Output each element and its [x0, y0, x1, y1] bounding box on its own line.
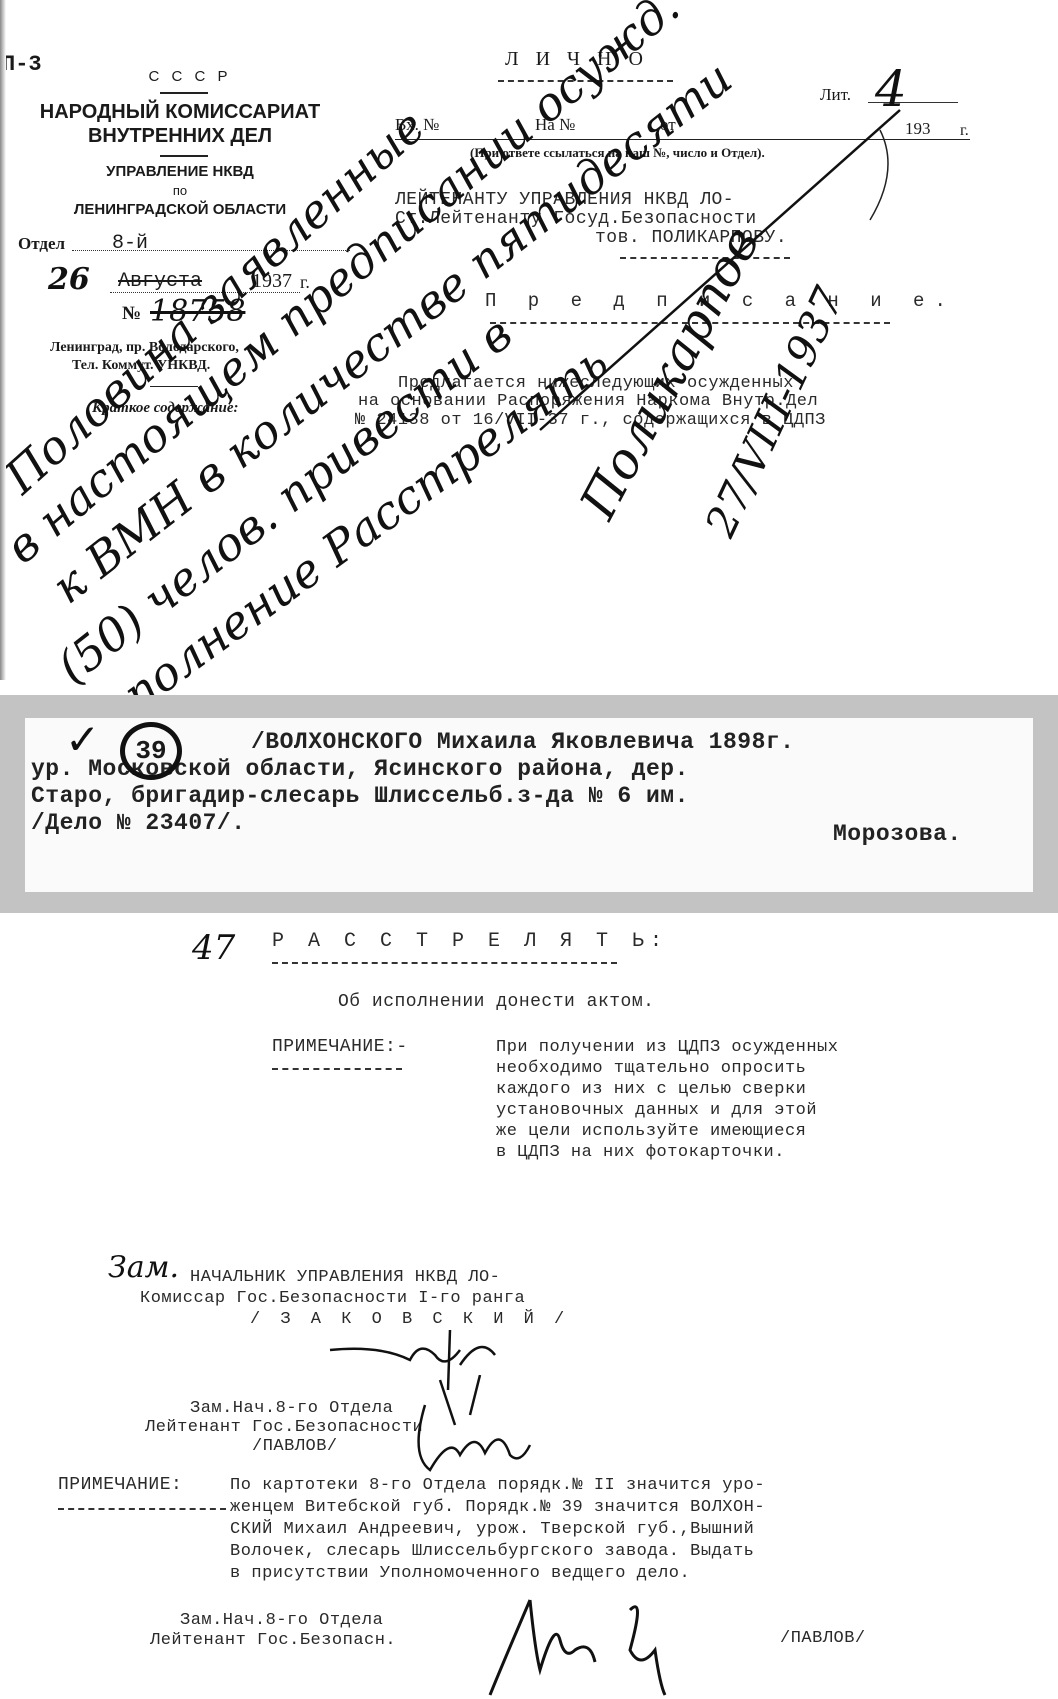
scan-edge	[0, 0, 6, 680]
note-2-line-2: женцем Витебской губ. Порядк.№ 39 значит…	[230, 1497, 765, 1518]
address-line-1: Ленинград, пр. Володарского,	[50, 340, 239, 356]
deputy-1-signature	[380, 1375, 560, 1485]
date-line	[110, 276, 300, 293]
divider	[150, 386, 198, 387]
note-1-label: ПРИМЕЧАНИЕ:-	[272, 1037, 408, 1057]
department-value: 8-й	[112, 232, 148, 255]
divider	[272, 1068, 402, 1070]
incoming-label: Вх. №	[395, 115, 439, 135]
record-line-1-rest: /ВОЛХОНСКОГО Михаила Яковлевича 1898г.	[251, 728, 795, 756]
department-label: Отдел	[18, 234, 65, 254]
order-title: П р е д п и с а н и е.	[485, 290, 956, 312]
from-label: от	[660, 115, 676, 135]
letterhead-ministry-2: ВНУТРЕННИХ ДЕЛ	[10, 124, 350, 149]
order-body-line-2: на основании Распоряжения Наркома Внутр.…	[358, 391, 818, 412]
note-1-line-6: в ЦДПЗ на них фотокарточки.	[496, 1142, 785, 1163]
resolution-line-2: в настоящем предписании осужд.	[0, 0, 690, 574]
lit-line	[868, 102, 958, 103]
record-line-4: /Дело № 23407/.	[31, 809, 246, 837]
deputy-2-name: /ПАВЛОВ/	[780, 1628, 866, 1649]
outgoing-number: 18758	[150, 294, 245, 329]
divider	[498, 80, 673, 82]
note-2-line-1: По картотеки 8-го Отдела порядк.№ II зна…	[230, 1475, 765, 1496]
sentence-margin-number: 47	[192, 928, 235, 968]
letterhead-region: ЛЕНИНГРАДСКОЙ ОБЛАСТИ	[10, 201, 350, 218]
addressee-line-1: ЛЕЙТЕНАНТУ УПРАВЛЕНИЯ НКВД ЛО-	[395, 190, 734, 210]
chief-line-2: Комиссар Гос.Безопасности I-го ранга	[140, 1288, 525, 1309]
divider	[272, 962, 617, 964]
deputy-2-signature	[480, 1590, 700, 1699]
deputy-2-line-2: Лейтенант Гос.Безопасн.	[150, 1630, 396, 1651]
reply-note: (При ответе ссылаться на наш №, число и …	[470, 145, 765, 161]
resolution-margin-number: 4	[875, 60, 907, 118]
divider	[160, 155, 208, 157]
record-line-4-right: Морозова.	[833, 820, 962, 848]
letterhead-by: по	[10, 183, 350, 198]
deputy-1-line-3: /ПАВЛОВ/	[252, 1436, 338, 1457]
letterhead-ministry-1: НАРОДНЫЙ КОМИССАРИАТ	[10, 100, 350, 125]
note-1-line-1: При получении из ЦДПЗ осужденных	[496, 1037, 838, 1058]
deputy-1-line-1: Зам.Нач.8-го Отдела	[190, 1398, 393, 1419]
record-number: 39	[120, 722, 182, 780]
summary-label: Краткое содержание:	[92, 400, 239, 417]
check-mark-icon: ✓	[65, 715, 100, 764]
sentence-verdict: Р А С С Т Р Е Л Я Т Ь:	[272, 930, 668, 953]
note-1-line-4: установочных данных и для этой	[496, 1100, 817, 1121]
note-1-line-3: каждого из них с целью сверки	[496, 1079, 806, 1100]
date-suffix: г.	[300, 272, 310, 293]
addressee-line-3: тов. ПОЛИКАРПОВУ.	[595, 228, 787, 248]
note-2-line-5: в присутствии Уполномоченного ведщего де…	[230, 1563, 690, 1584]
number-label: №	[122, 303, 141, 325]
lit-label: Лит.	[820, 85, 851, 105]
divider	[160, 92, 208, 94]
note-2-line-3: СКИЙ Михаил Андреевич, урож. Тверской гу…	[230, 1519, 754, 1540]
header-underline	[395, 139, 970, 140]
deputy-2-line-1: Зам.Нач.8-го Отдела	[180, 1610, 383, 1631]
addressee-line-2: Ст.Лейтенанту Госуд.Безопасности	[395, 209, 757, 229]
reply-number-label: На №	[535, 115, 575, 135]
chief-handwritten-prefix: Зам.	[108, 1250, 179, 1285]
note-1-line-2: необходимо тщательно опросить	[496, 1058, 806, 1079]
address-line-2: Тел. Коммут. УНКВД.	[72, 358, 210, 374]
letterhead-country: С С С Р	[80, 68, 300, 85]
form-code: П-3	[2, 52, 42, 77]
order-body-line-3: № 24138 от 16/VII-37 г., содержащихся в …	[355, 410, 826, 431]
year-suffix: г.	[960, 122, 969, 140]
record-line-3: Старо, бригадир-слесарь Шлиссельб.з-да №…	[31, 782, 689, 810]
secrecy-mark: Л И Ч Н О	[505, 48, 649, 71]
chief-line-1: НАЧАЛЬНИК УПРАВЛЕНИЯ НКВД ЛО-	[190, 1267, 500, 1288]
year-label: 193	[905, 119, 931, 139]
note-1-line-5: же цели используйте имеющиеся	[496, 1121, 806, 1142]
note-2-line-4: Волочек, слесарь Шлиссельбургского завод…	[230, 1541, 754, 1562]
letterhead-directorate: УПРАВЛЕНИЕ НКВД	[10, 163, 350, 180]
divider	[620, 257, 790, 259]
divider	[490, 322, 890, 324]
date-day: 26	[48, 262, 90, 297]
divider	[58, 1508, 226, 1510]
note-2-label: ПРИМЕЧАНИЕ:	[58, 1475, 182, 1495]
report-instruction: Об исполнении донести актом.	[338, 992, 654, 1012]
